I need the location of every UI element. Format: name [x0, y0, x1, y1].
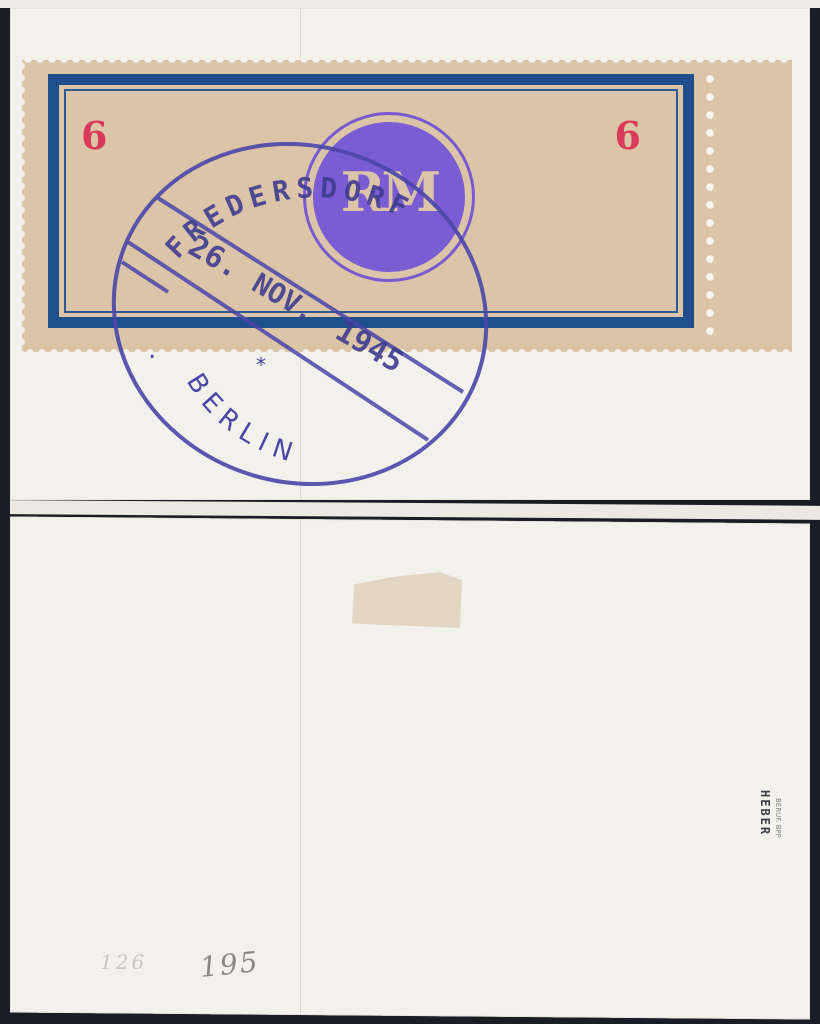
postmark-year: 1945: [329, 314, 409, 380]
value-numeral-right: 6: [615, 113, 641, 158]
postmark-district: BERLIN: [180, 368, 304, 470]
expert-subline: BERUF. BPP: [774, 798, 782, 838]
pencil-note: 195: [198, 945, 261, 984]
scan-seam-back: [300, 519, 301, 1015]
svg-text:BERLIN: BERLIN: [180, 368, 304, 470]
perforation-top: [22, 59, 792, 67]
postmark-prefix: .: [148, 335, 156, 365]
postmark-star: *: [256, 353, 266, 377]
expert-name: HEBER: [758, 790, 772, 836]
pencil-note-faint: 126: [100, 950, 147, 974]
value-numeral-left: 6: [81, 113, 107, 158]
postmark: FREDERSDORF 26. NOV. 1945 * . BERLIN: [108, 140, 498, 488]
perforation-left: [21, 60, 29, 352]
perforation-margin: [706, 70, 714, 342]
scan-top-edge: [0, 0, 820, 8]
expert-signature-mark: HEBER BERUF. BPP: [758, 790, 792, 876]
postmark-icon: FREDERSDORF 26. NOV. 1945 * . BERLIN: [108, 140, 498, 488]
